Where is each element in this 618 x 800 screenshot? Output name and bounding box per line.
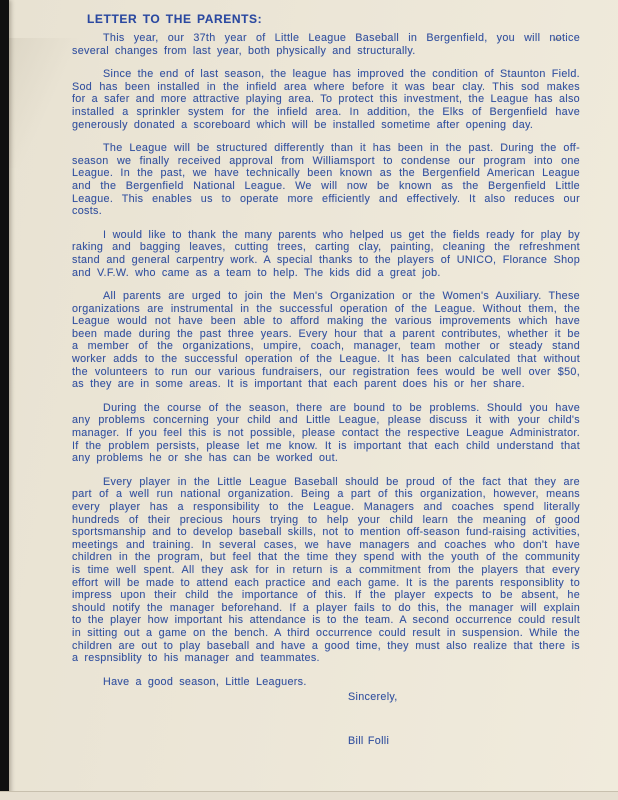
letter-title: LETTER TO THE PARENTS: <box>87 13 580 26</box>
letter-signoff-line: Have a good season, Little Leaguers. <box>72 676 580 689</box>
paper-crease <box>9 38 79 168</box>
letter-paragraph-problems: During the course of the season, there a… <box>72 402 580 465</box>
page-left-binding-edge <box>0 0 9 800</box>
closing-salutation: Sincerely, <box>348 691 580 704</box>
letter-paragraph-organizations: All parents are urged to join the Men's … <box>72 290 580 391</box>
scanned-letter-page: LETTER TO THE PARENTS: This year, our 37… <box>0 0 618 800</box>
letter-paragraph-thanks: I would like to thank the many parents w… <box>72 229 580 279</box>
letter-paragraph-responsibility: Every player in the Little League Baseba… <box>72 476 580 665</box>
page-bottom-edge <box>0 791 618 800</box>
letter-paragraph-league-structure: The League will be structured differentl… <box>72 142 580 218</box>
signature-name: Bill Folli <box>348 735 580 748</box>
letter-paragraph-intro: This year, our 37th year of Little Leagu… <box>72 32 580 57</box>
letter-paragraph-field-improvements: Since the end of last season, the league… <box>72 68 580 131</box>
letter-body: LETTER TO THE PARENTS: This year, our 37… <box>72 13 580 748</box>
letter-closing: Sincerely, Bill Folli <box>348 691 580 747</box>
